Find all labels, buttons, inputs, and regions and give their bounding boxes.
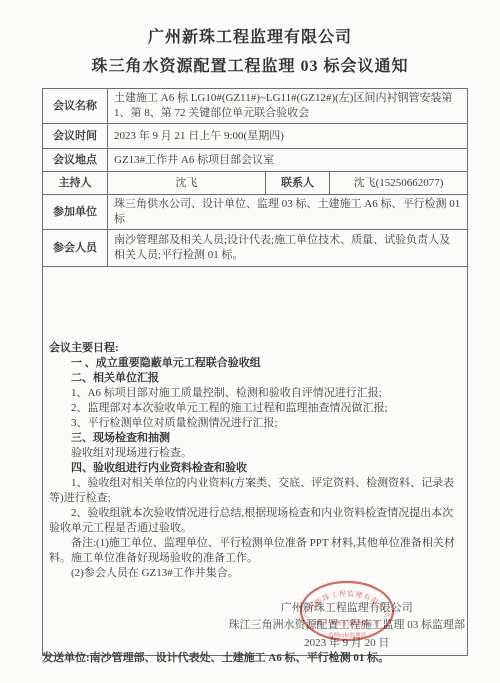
agenda-item: 1、A6 标项目部对施工质量控制、检测和验收自评情况进行汇报; xyxy=(49,386,461,401)
contact-label: 联系人 xyxy=(266,172,330,195)
row-meeting-name: 会议名称 土建施工 A6 标 LG10#(GZ11#)~LG11#(GZ12#)… xyxy=(43,89,468,124)
agenda-heading: 会议主要日程: xyxy=(49,341,461,356)
distribution-line: 发送单位:南沙管理部、设计代表处、土建施工 A6 标、平行检测 01 标。 xyxy=(42,649,389,665)
meeting-place-label: 会议地点 xyxy=(43,149,108,172)
row-meeting-place: 会议地点 GZ13#工作井 A6 标项目部会议室 xyxy=(43,149,468,172)
meeting-time-label: 会议时间 xyxy=(43,124,108,149)
signature-company: 广州新珠工程监理有限公司 xyxy=(229,600,466,618)
row-host: 主持人 沈飞 联系人 沈飞(15250662077) xyxy=(43,172,468,195)
row-meeting-time: 会议时间 2023 年 9 月 21 日上午 9:00(星期四) xyxy=(43,124,468,149)
agenda-item: 1、验收组对相关单位的内业资料(方案类、交底、评定资料、检测资料、记录表等)进行… xyxy=(49,476,461,506)
agenda-item: (2)参会人员在 GZ13#工作井集合。 xyxy=(49,566,461,581)
meeting-name-label: 会议名称 xyxy=(43,89,108,124)
agenda-item: 验收组对现场进行检查。 xyxy=(49,446,461,461)
document-header: 广州新珠工程监理有限公司 珠三角水资源配置工程监理 03 标会议通知 xyxy=(0,30,500,88)
attendees-value: 南沙管理部及相关人员;设计代表;施工单位技术、质量、试验负责人及相关人员;平行检… xyxy=(108,230,468,267)
document-page: 广州新珠工程监理有限公司 珠三角水资源配置工程监理 03 标会议通知 会议名称 … xyxy=(0,0,500,683)
agenda-cell: 会议主要日程: 一 、成立重要隐蔽单元工程联合验收组 二、相关单位汇报 1、A6… xyxy=(43,267,468,656)
meeting-info-table: 会议名称 土建施工 A6 标 LG10#(GZ11#)~LG11#(GZ12#)… xyxy=(42,88,468,656)
contact-value: 沈飞(15250662077) xyxy=(330,172,468,195)
agenda-item: 四、验收组进行内业资料检查和验收 xyxy=(49,461,461,476)
participating-units-value: 珠三角供水公司、设计单位、监理 03 标、土建施工 A6 标、平行检测 01 标 xyxy=(108,195,468,230)
agenda-item: 一 、成立重要隐蔽单元工程联合验收组 xyxy=(49,356,461,371)
agenda-item: 3、平行检测单位对质量检测情况进行汇报; xyxy=(49,416,461,431)
row-participating-units: 参加单位 珠三角供水公司、设计单位、监理 03 标、土建施工 A6 标、平行检测… xyxy=(43,195,468,230)
participating-units-label: 参加单位 xyxy=(43,195,108,230)
signature-block: 广州新珠工程监理有限公司 珠江三角洲水资源配置工程施工监理 03 标监理部 20… xyxy=(229,600,466,653)
attendees-label: 参会人员 xyxy=(43,230,108,267)
notice-title: 珠三角水资源配置工程监理 03 标会议通知 xyxy=(0,59,500,75)
host-value: 沈飞 xyxy=(108,172,266,195)
meeting-time-value: 2023 年 9 月 21 日上午 9:00(星期四) xyxy=(108,124,468,149)
row-attendees: 参会人员 南沙管理部及相关人员;设计代表;施工单位技术、质量、试验负责人及相关人… xyxy=(43,230,468,267)
agenda-item: 2、验收组就本次验收情况进行总结,根据现场检查和内业资料检查情况提出本次验收单元… xyxy=(49,506,461,536)
row-agenda: 会议主要日程: 一 、成立重要隐蔽单元工程联合验收组 二、相关单位汇报 1、A6… xyxy=(43,267,468,656)
host-label: 主持人 xyxy=(43,172,108,195)
agenda-item: 2、监理部对本次验收单元工程的施工过程和监理抽查情况做汇报; xyxy=(49,401,461,416)
meeting-name-value: 土建施工 A6 标 LG10#(GZ11#)~LG11#(GZ12#)(左)区间… xyxy=(108,89,468,124)
agenda-item: 备注:(1)施工单位、监理单位、平行检测单位准备 PPT 材料,其他单位准备相关… xyxy=(49,536,461,566)
meeting-place-value: GZ13#工作井 A6 标项目部会议室 xyxy=(108,149,468,172)
agenda-item: 三、现场检查和抽测 xyxy=(49,431,461,446)
agenda-item: 二、相关单位汇报 xyxy=(49,371,461,386)
signature-department: 珠江三角洲水资源配置工程施工监理 03 标监理部 xyxy=(229,617,466,635)
company-title: 广州新珠工程监理有限公司 xyxy=(0,30,500,46)
